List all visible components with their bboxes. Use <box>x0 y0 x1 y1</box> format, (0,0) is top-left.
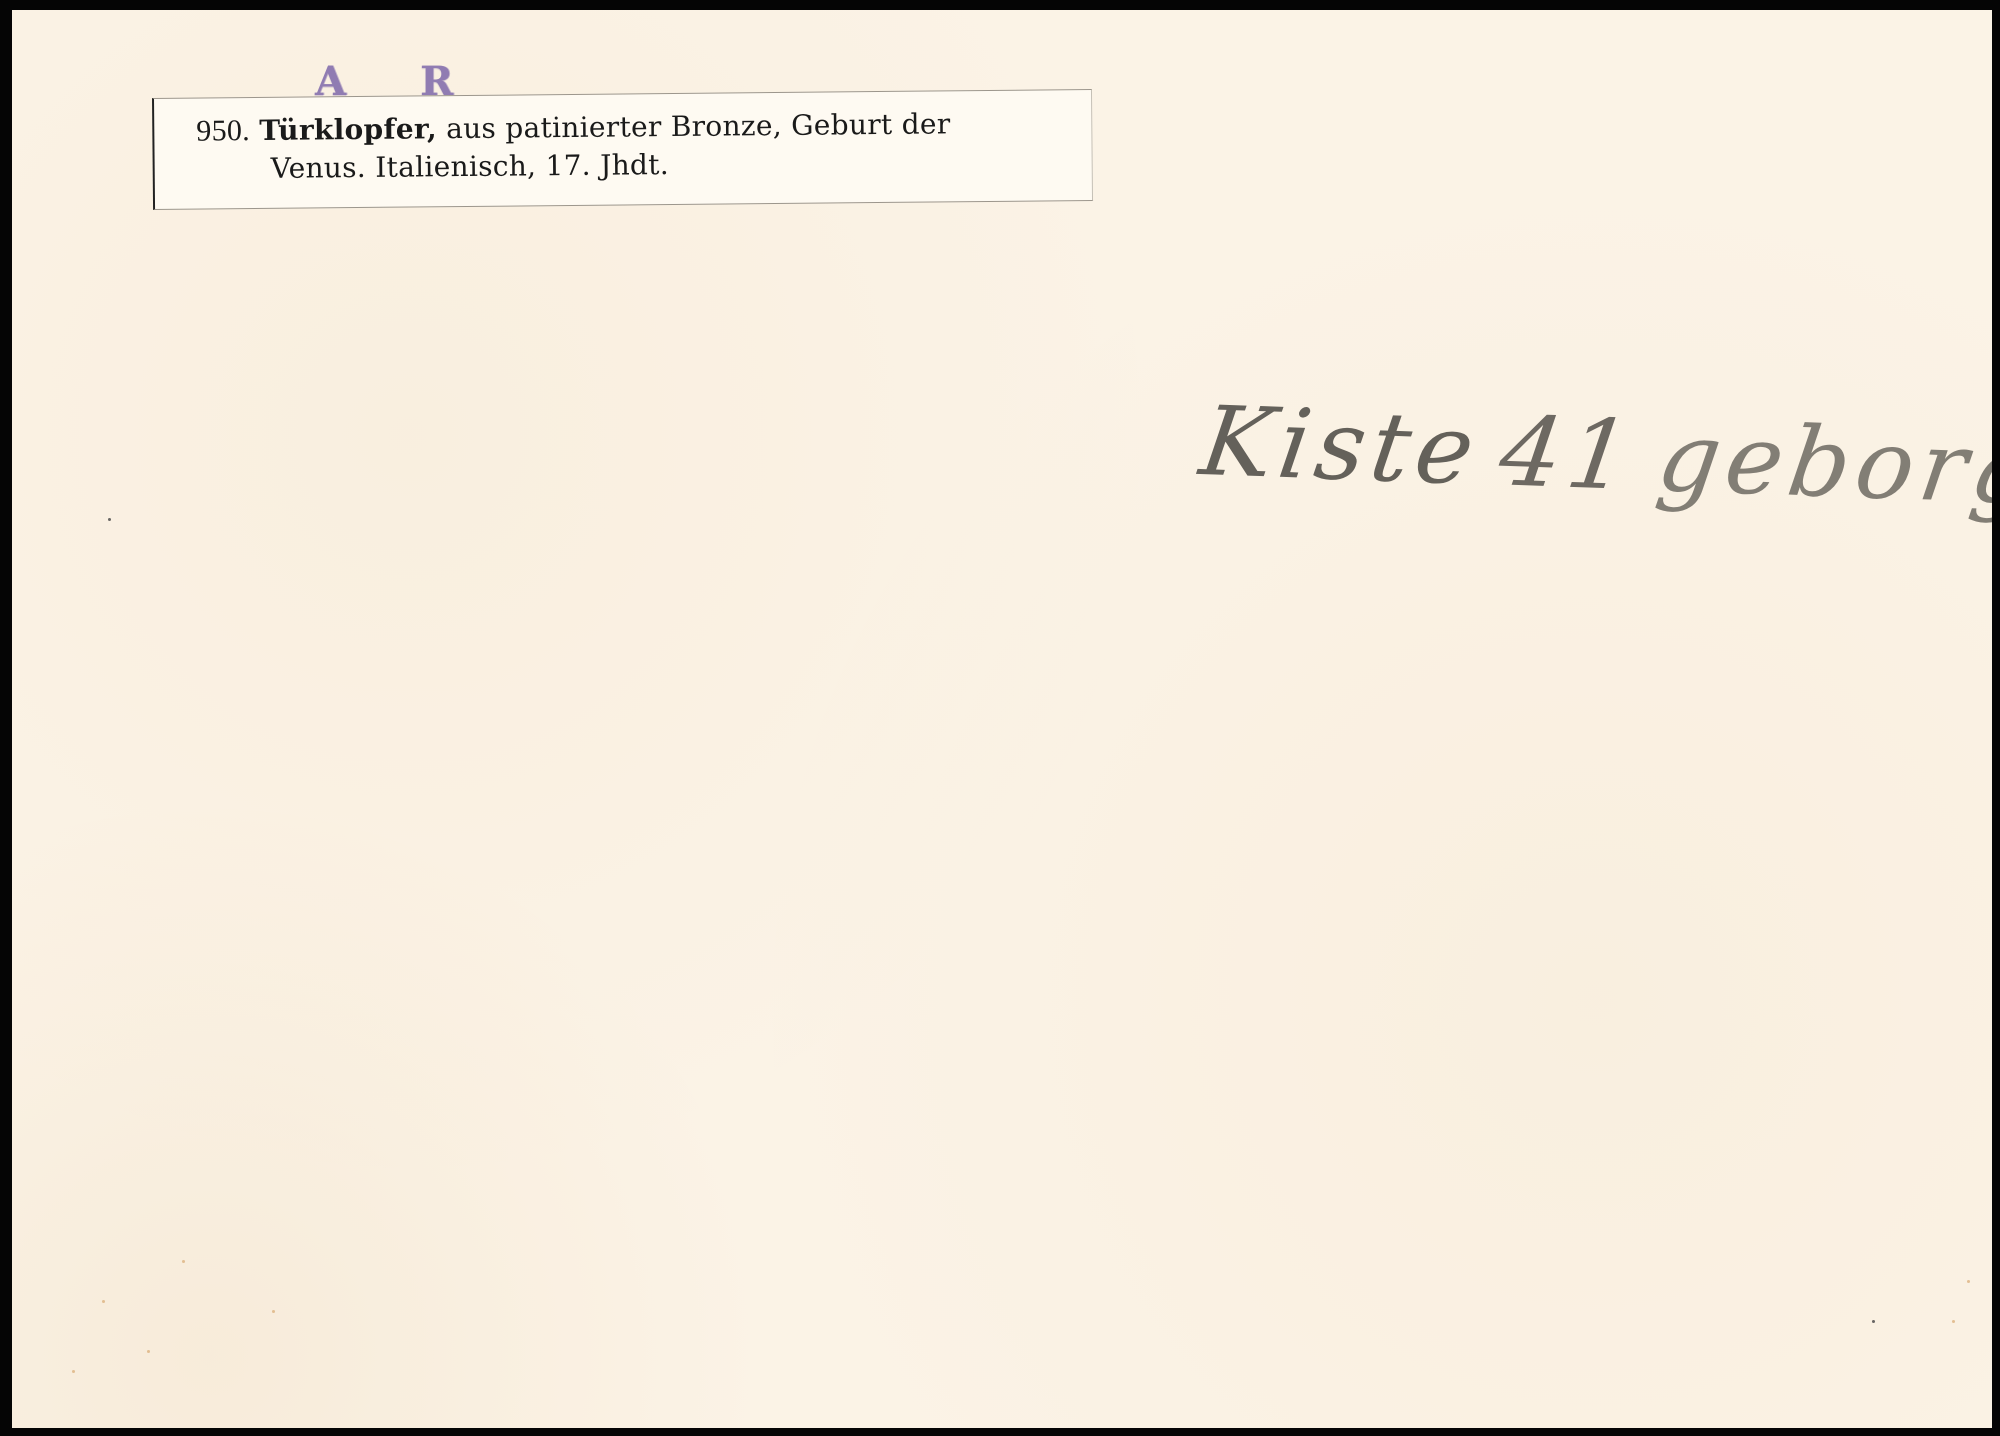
ink-dot <box>1872 1320 1875 1323</box>
foxing-spot <box>102 1300 105 1303</box>
ink-dot <box>108 518 111 521</box>
item-title: Türklopfer, <box>259 112 437 147</box>
catalog-label-line-2: Venus. Italienisch, 17. Jhdt. <box>197 142 1092 189</box>
catalog-label-clipping: 950. Türklopfer, aus patinierter Bronze,… <box>152 89 1093 210</box>
handwritten-note: Kiste41geborgen <box>1194 385 1992 530</box>
archival-card: A R 950. Türklopfer, aus patinierter Bro… <box>12 10 1992 1428</box>
lot-number: 950. <box>196 114 250 148</box>
handwritten-word-geborgen: geborgen <box>1651 401 1992 530</box>
foxing-spot <box>272 1310 275 1313</box>
foxing-spot <box>147 1350 150 1353</box>
foxing-spot <box>1952 1320 1955 1323</box>
item-description-line-2: Venus. Italienisch, 17. Jhdt. <box>271 148 670 185</box>
foxing-spot <box>182 1260 185 1263</box>
foxing-spot <box>72 1370 75 1373</box>
handwritten-box-number: 41 <box>1493 396 1643 512</box>
item-description-line-1: aus patinierter Bronze, Geburt der <box>437 107 951 145</box>
foxing-spot <box>1967 1280 1970 1283</box>
handwritten-word-kiste: Kiste <box>1194 385 1487 506</box>
